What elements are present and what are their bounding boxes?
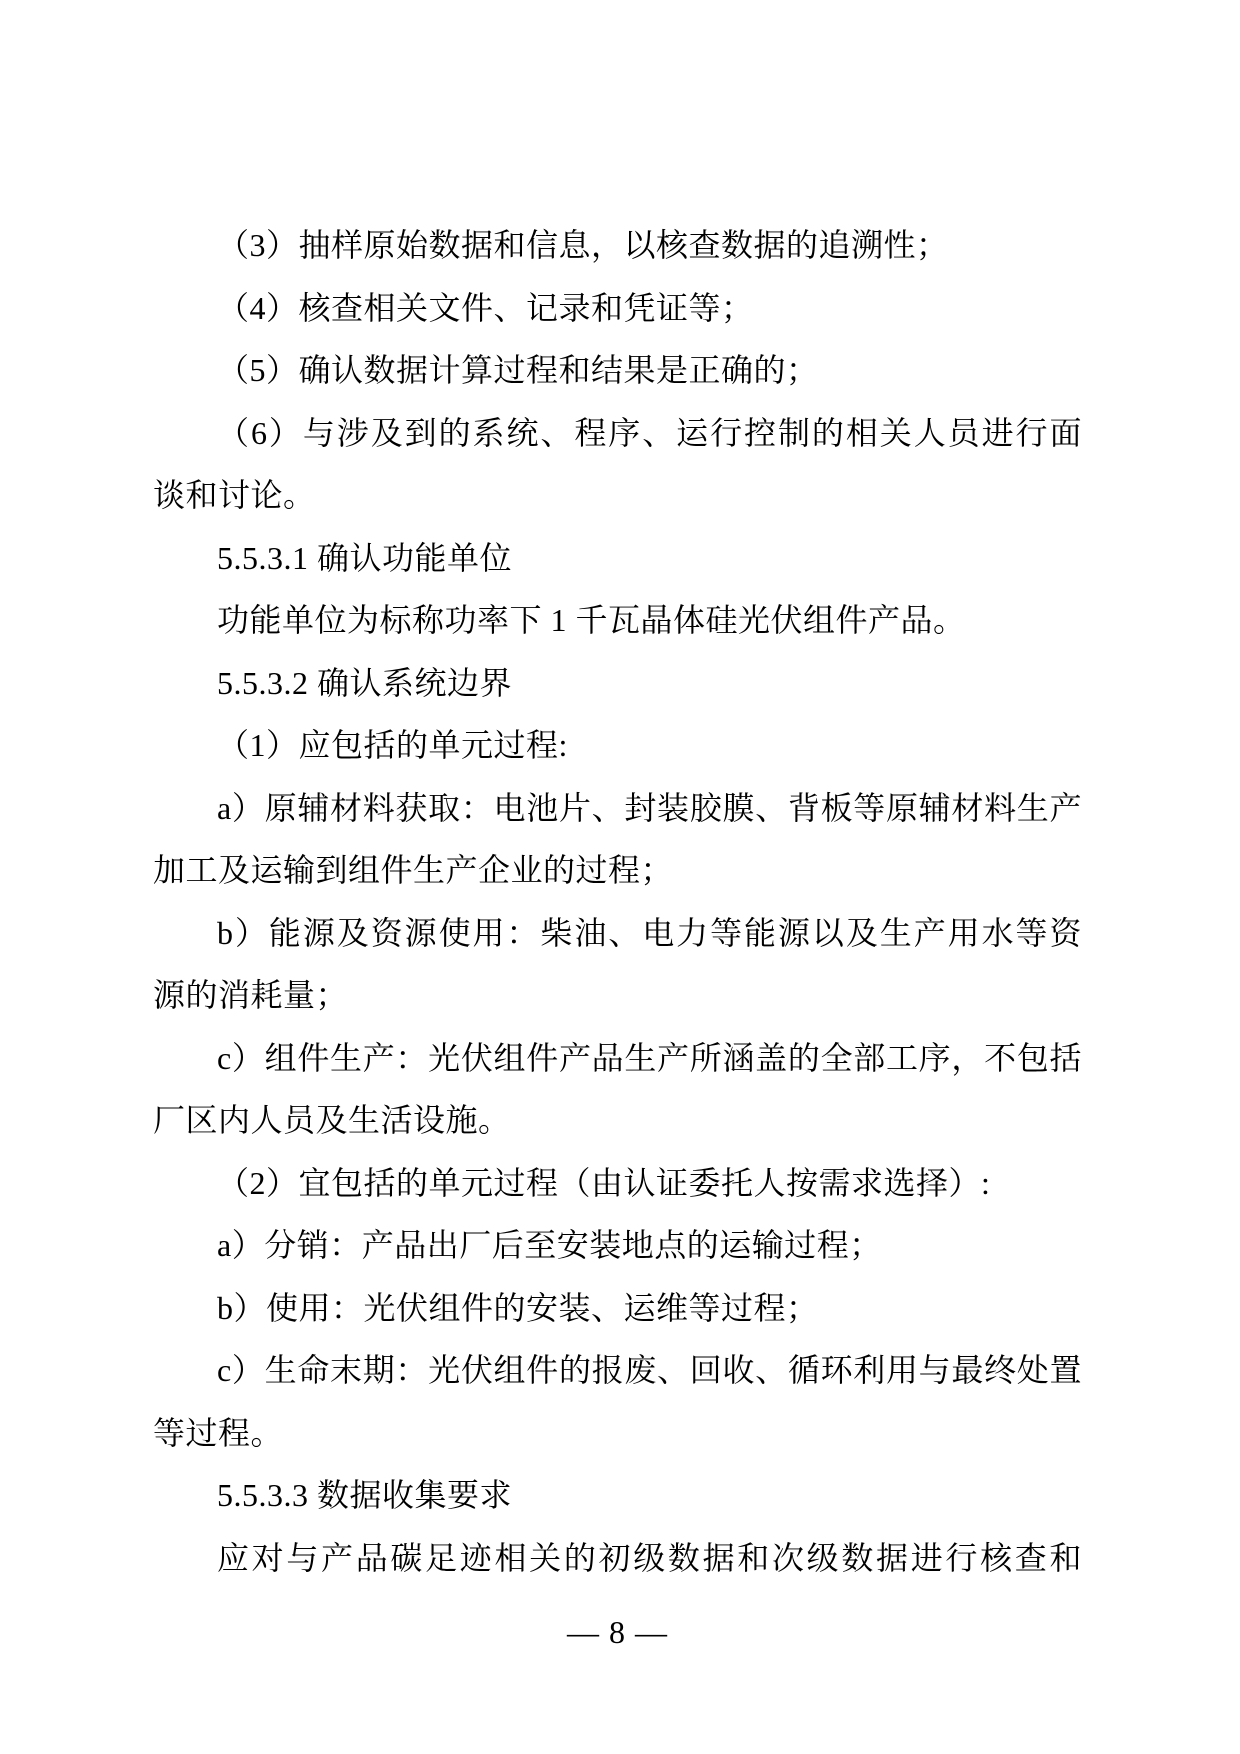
text-line: 等过程。 [153, 1402, 1082, 1465]
text-line: （5）确认数据计算过程和结果是正确的； [153, 339, 1082, 402]
text-line: 应对与产品碳足迹相关的初级数据和次级数据进行核查和 [153, 1527, 1082, 1590]
text-line: 加工及运输到组件生产企业的过程； [153, 839, 1082, 902]
document-page: （3）抽样原始数据和信息，以核查数据的追溯性；（4）核查相关文件、记录和凭证等；… [0, 0, 1240, 1754]
text-line: 5.5.3.3 数据收集要求 [153, 1464, 1082, 1527]
document-body: （3）抽样原始数据和信息，以核查数据的追溯性；（4）核查相关文件、记录和凭证等；… [153, 214, 1082, 1589]
text-line: （3）抽样原始数据和信息，以核查数据的追溯性； [153, 214, 1082, 277]
text-line: 5.5.3.2 确认系统边界 [153, 652, 1082, 715]
text-line: （4）核查相关文件、记录和凭证等； [153, 277, 1082, 340]
text-line: b）使用：光伏组件的安装、运维等过程； [153, 1277, 1082, 1340]
text-line: 功能单位为标称功率下 1 千瓦晶体硅光伏组件产品。 [153, 589, 1082, 652]
text-line: （1）应包括的单元过程: [153, 714, 1082, 777]
text-line: 5.5.3.1 确认功能单位 [153, 527, 1082, 590]
text-line: a）原辅材料获取：电池片、封装胶膜、背板等原辅材料生产 [153, 777, 1082, 840]
text-line: a）分销：产品出厂后至安装地点的运输过程； [153, 1214, 1082, 1277]
text-line: 源的消耗量； [153, 964, 1082, 1027]
text-line: （2）宜包括的单元过程（由认证委托人按需求选择）: [153, 1152, 1082, 1215]
text-line: 谈和讨论。 [153, 464, 1082, 527]
text-line: （6）与涉及到的系统、程序、运行控制的相关人员进行面 [153, 402, 1082, 465]
text-line: c）组件生产：光伏组件产品生产所涵盖的全部工序，不包括 [153, 1027, 1082, 1090]
text-line: b）能源及资源使用：柴油、电力等能源以及生产用水等资 [153, 902, 1082, 965]
text-line: 厂区内人员及生活设施。 [153, 1089, 1082, 1152]
page-number: — 8 — [153, 1601, 1082, 1664]
text-line: c）生命末期：光伏组件的报废、回收、循环利用与最终处置 [153, 1339, 1082, 1402]
